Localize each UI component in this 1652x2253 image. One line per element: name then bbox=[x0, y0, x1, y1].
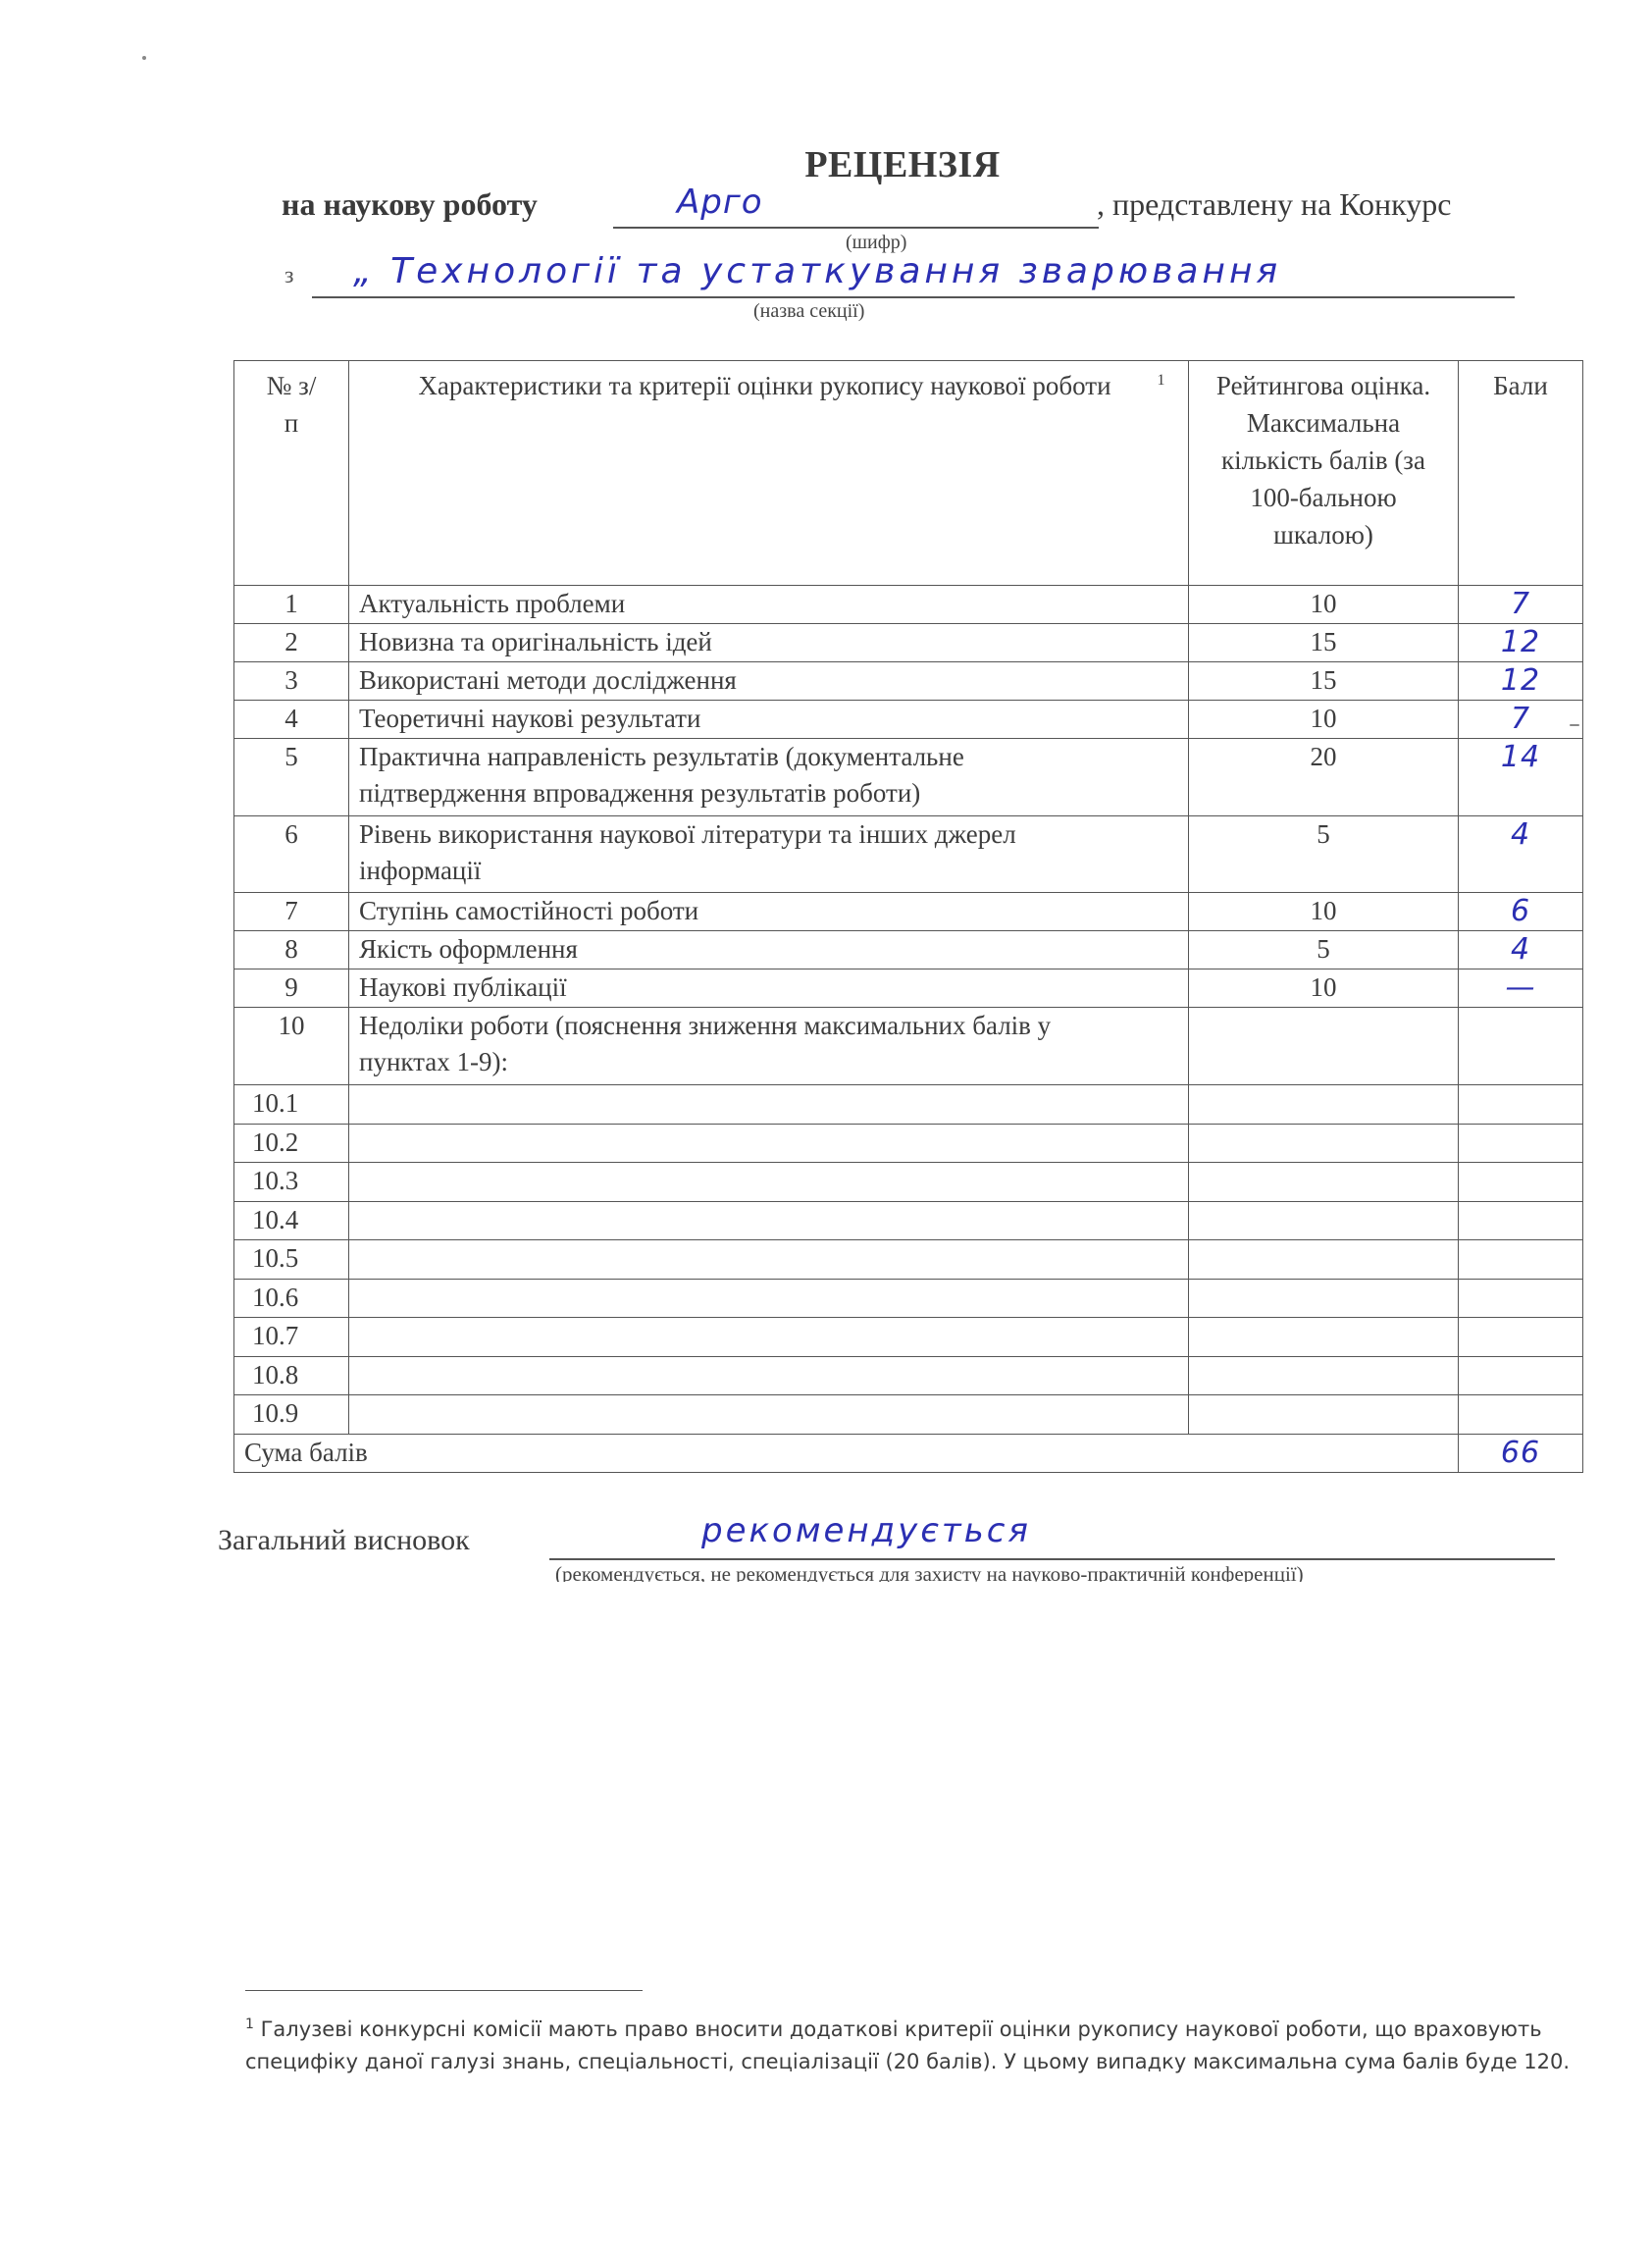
row-criterion: Теоретичні наукові результати bbox=[349, 701, 1189, 739]
deficiency-text-field[interactable] bbox=[349, 1124, 1189, 1163]
deficiency-number: 10.8 bbox=[234, 1356, 349, 1395]
deficiency-score-field[interactable] bbox=[1459, 1085, 1583, 1125]
deficiency-score-field[interactable] bbox=[1459, 1279, 1583, 1318]
deficiency-max-field[interactable] bbox=[1189, 1163, 1459, 1202]
conclusion-label: Загальний висновок bbox=[218, 1524, 470, 1557]
deficiency-text-field[interactable] bbox=[349, 1201, 1189, 1240]
deficiency-text-field[interactable] bbox=[349, 1318, 1189, 1357]
deficiency-text-field[interactable] bbox=[349, 1279, 1189, 1318]
deficiency-number: 10.6 bbox=[234, 1279, 349, 1318]
table-row: 10Недоліки роботи (пояснення зниження ма… bbox=[234, 1008, 1583, 1085]
table-row: 3Використані методи дослідження1512 bbox=[234, 662, 1583, 701]
row-criterion: Практична направленість результатів (док… bbox=[349, 739, 1189, 816]
deficiency-max-field[interactable] bbox=[1189, 1318, 1459, 1357]
row-max-score: 5 bbox=[1189, 931, 1459, 969]
row-score-field[interactable] bbox=[1459, 1008, 1583, 1085]
table-row: 9Наукові публікації10— bbox=[234, 969, 1583, 1008]
total-label: Сума балів bbox=[234, 1434, 1459, 1472]
row-max-score: 5 bbox=[1189, 816, 1459, 893]
table-row: 5Практична направленість результатів (до… bbox=[234, 739, 1583, 816]
deficiency-number: 10.9 bbox=[234, 1395, 349, 1435]
deficiency-score-field[interactable] bbox=[1459, 1356, 1583, 1395]
deficiency-row: 10.1 bbox=[234, 1085, 1583, 1125]
row-criterion: Якість оформлення bbox=[349, 931, 1189, 969]
row-number: 8 bbox=[234, 931, 349, 969]
footnote-divider bbox=[245, 1990, 643, 1991]
table-row: 1Актуальність проблеми107 bbox=[234, 586, 1583, 624]
deficiency-max-field[interactable] bbox=[1189, 1395, 1459, 1435]
row-score-field[interactable]: 7 bbox=[1459, 701, 1583, 739]
table-row: 8Якість оформлення54 bbox=[234, 931, 1583, 969]
deficiency-text-field[interactable] bbox=[349, 1240, 1189, 1280]
deficiency-number: 10.3 bbox=[234, 1163, 349, 1202]
deficiency-max-field[interactable] bbox=[1189, 1201, 1459, 1240]
row-max-score: 20 bbox=[1189, 739, 1459, 816]
row-number: 6 bbox=[234, 816, 349, 893]
total-score-field[interactable]: 66 bbox=[1459, 1434, 1583, 1472]
deficiency-text-field[interactable] bbox=[349, 1356, 1189, 1395]
footnote-text: Галузеві конкурсні комісії мають право в… bbox=[245, 2017, 1570, 2073]
row-score-field[interactable]: 6 bbox=[1459, 893, 1583, 931]
document-title: РЕЦЕНЗІЯ bbox=[0, 143, 1652, 186]
row-max-score: 10 bbox=[1189, 969, 1459, 1008]
header-max-score: Рейтингова оцінка. Максимальна кількість… bbox=[1189, 361, 1459, 586]
deficiency-max-field[interactable] bbox=[1189, 1240, 1459, 1280]
cipher-field[interactable]: Арго bbox=[677, 183, 763, 222]
deficiency-row: 10.2 bbox=[234, 1124, 1583, 1163]
scan-speck bbox=[1570, 724, 1579, 726]
deficiency-number: 10.4 bbox=[234, 1201, 349, 1240]
deficiency-score-field[interactable] bbox=[1459, 1240, 1583, 1280]
row-score-field[interactable]: 12 bbox=[1459, 662, 1583, 701]
table-row: 6Рівень використання наукової літератури… bbox=[234, 816, 1583, 893]
deficiency-row: 10.5 bbox=[234, 1240, 1583, 1280]
row-number: 5 bbox=[234, 739, 349, 816]
row-criterion: Використані методи дослідження bbox=[349, 662, 1189, 701]
total-row: Сума балів 66 bbox=[234, 1434, 1583, 1472]
row-number: 2 bbox=[234, 624, 349, 662]
deficiency-max-field[interactable] bbox=[1189, 1124, 1459, 1163]
row-number: 7 bbox=[234, 893, 349, 931]
deficiency-text-field[interactable] bbox=[349, 1163, 1189, 1202]
section-field[interactable]: „ Технології та устаткування зварювання bbox=[353, 251, 1281, 291]
row-max-score bbox=[1189, 1008, 1459, 1085]
section-prefix: з bbox=[284, 263, 293, 289]
conclusion-field[interactable]: рекомендується bbox=[701, 1511, 1031, 1550]
row-max-score: 15 bbox=[1189, 662, 1459, 701]
deficiency-score-field[interactable] bbox=[1459, 1163, 1583, 1202]
header-number: № з/п bbox=[234, 361, 349, 586]
deficiency-text-field[interactable] bbox=[349, 1395, 1189, 1435]
deficiency-row: 10.9 bbox=[234, 1395, 1583, 1435]
table-header-row: № з/п Характеристики та критерії оцінки … bbox=[234, 361, 1583, 586]
footnote: 1 Галузеві конкурсні комісії мають право… bbox=[245, 2014, 1619, 2078]
deficiency-score-field[interactable] bbox=[1459, 1318, 1583, 1357]
deficiency-max-field[interactable] bbox=[1189, 1085, 1459, 1125]
row-criterion: Рівень використання наукової літератури … bbox=[349, 816, 1189, 893]
row-score-field[interactable]: 4 bbox=[1459, 931, 1583, 969]
scan-speck bbox=[142, 56, 146, 60]
deficiency-text-field[interactable] bbox=[349, 1085, 1189, 1125]
section-caption: (назва секції) bbox=[753, 300, 864, 323]
header-score: Бали bbox=[1459, 361, 1583, 586]
row-score-field[interactable]: — bbox=[1459, 969, 1583, 1008]
deficiency-number: 10.7 bbox=[234, 1318, 349, 1357]
section-underline bbox=[312, 296, 1515, 298]
row-criterion: Недоліки роботи (пояснення зниження макс… bbox=[349, 1008, 1189, 1085]
deficiency-number: 10.2 bbox=[234, 1124, 349, 1163]
row-number: 4 bbox=[234, 701, 349, 739]
table-row: 7Ступінь самостійності роботи106 bbox=[234, 893, 1583, 931]
deficiency-row: 10.6 bbox=[234, 1279, 1583, 1318]
deficiency-score-field[interactable] bbox=[1459, 1395, 1583, 1435]
header-criteria: Характеристики та критерії оцінки рукопи… bbox=[349, 361, 1189, 586]
row-score-field[interactable]: 4 bbox=[1459, 816, 1583, 893]
deficiency-max-field[interactable] bbox=[1189, 1356, 1459, 1395]
table-row: 2Новизна та оригінальність ідей1512 bbox=[234, 624, 1583, 662]
conclusion-caption: (рекомендується, не рекомендується для з… bbox=[555, 1562, 1304, 1582]
deficiency-score-field[interactable] bbox=[1459, 1124, 1583, 1163]
deficiency-row: 10.7 bbox=[234, 1318, 1583, 1357]
deficiency-score-field[interactable] bbox=[1459, 1201, 1583, 1240]
row-criterion: Актуальність проблеми bbox=[349, 586, 1189, 624]
row-score-field[interactable]: 14 bbox=[1459, 739, 1583, 816]
row-criterion: Новизна та оригінальність ідей bbox=[349, 624, 1189, 662]
row-number: 3 bbox=[234, 662, 349, 701]
row-criterion: Наукові публікації bbox=[349, 969, 1189, 1008]
deficiency-row: 10.8 bbox=[234, 1356, 1583, 1395]
deficiency-number: 10.5 bbox=[234, 1240, 349, 1280]
row-number: 10 bbox=[234, 1008, 349, 1085]
cipher-underline bbox=[613, 227, 1099, 229]
row-max-score: 10 bbox=[1189, 701, 1459, 739]
footnote-number: 1 bbox=[245, 2017, 254, 2032]
row-score-field[interactable]: 7 bbox=[1459, 586, 1583, 624]
footnote-mark[interactable]: 1 bbox=[1158, 372, 1165, 389]
row-max-score: 10 bbox=[1189, 586, 1459, 624]
row-number: 1 bbox=[234, 586, 349, 624]
intro-prefix: на наукову роботу bbox=[282, 186, 538, 222]
intro-suffix: , представлену на Конкурс bbox=[1097, 186, 1451, 223]
row-score-field[interactable]: 12 bbox=[1459, 624, 1583, 662]
row-number: 9 bbox=[234, 969, 349, 1008]
deficiency-number: 10.1 bbox=[234, 1085, 349, 1125]
intro-line: на наукову роботу bbox=[282, 186, 538, 223]
table-row: 4Теоретичні наукові результати107 bbox=[234, 701, 1583, 739]
deficiency-row: 10.3 bbox=[234, 1163, 1583, 1202]
evaluation-table: № з/п Характеристики та критерії оцінки … bbox=[233, 360, 1583, 1473]
deficiency-max-field[interactable] bbox=[1189, 1279, 1459, 1318]
row-criterion: Ступінь самостійності роботи bbox=[349, 893, 1189, 931]
deficiency-row: 10.4 bbox=[234, 1201, 1583, 1240]
conclusion-underline bbox=[549, 1558, 1555, 1560]
row-max-score: 10 bbox=[1189, 893, 1459, 931]
row-max-score: 15 bbox=[1189, 624, 1459, 662]
